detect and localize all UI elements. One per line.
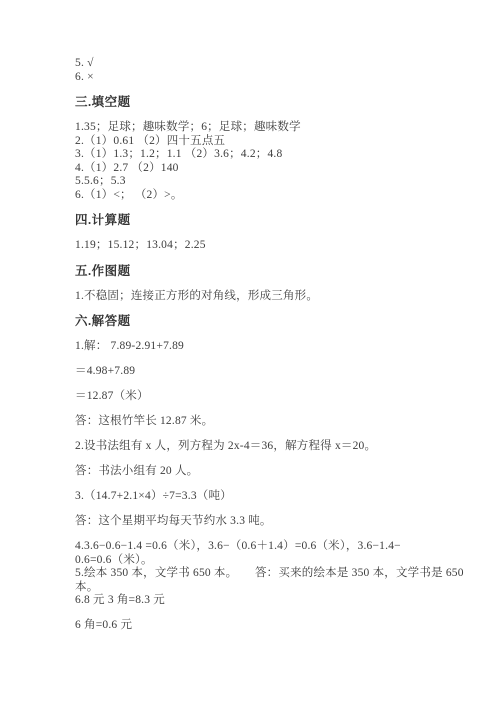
answer-line: 4.（1）2.7 （2）140 bbox=[75, 162, 435, 176]
heading-section-6: 六.解答题 bbox=[75, 314, 435, 328]
answer-line: 4.3.6−0.6−1.4 =0.6（米），3.6−（0.6＋1.4）=0.6（… bbox=[75, 540, 435, 554]
answer-line: 3.（1）1.3；1.2；1.1 （2）3.6；4.2；4.8 bbox=[75, 148, 435, 162]
answer-line: 6 角=0.6 元 bbox=[75, 619, 435, 633]
answer-line: 6.（1）<； （2）>。 bbox=[75, 189, 435, 203]
heading-section-4: 四.计算题 bbox=[75, 213, 435, 227]
answer-line: 1.解： 7.89-2.91+7.89 bbox=[75, 340, 435, 354]
answer-line: 3.（14.7+2.1×4）÷7=3.3（吨） bbox=[75, 490, 435, 504]
word-problem-answer-6-cont: 6 角=0.6 元 bbox=[75, 619, 435, 633]
answer-line: 答：书法小组有 20 人。 bbox=[75, 465, 435, 479]
answer-line: 5.5.6；5.3 bbox=[75, 175, 435, 189]
heading-section-5: 五.作图题 bbox=[75, 264, 435, 278]
drawing-answers: 1.不稳固；连接正方形的对角线，形成三角形。 bbox=[75, 290, 435, 304]
answer-line: 答：这根竹竿长 12.87 米。 bbox=[75, 415, 435, 429]
judgement-answers-tail: 5. √6. × bbox=[75, 57, 435, 84]
answer-line: 0.6=0.6（米）。 bbox=[75, 554, 435, 568]
answer-line: 6. × bbox=[75, 71, 435, 85]
answer-line: 6.8 元 3 角=8.3 元 bbox=[75, 594, 435, 608]
document-page: 5. √6. ×三.填空题1.35；足球；趣味数学；6；足球；趣味数学2.（1）… bbox=[0, 0, 500, 707]
fill-in-blank-answers: 1.35；足球；趣味数学；6；足球；趣味数学2.（1）0.61 （2）四十五点五… bbox=[75, 121, 435, 202]
calculation-answers: 1.19；15.12；13.04；2.25 bbox=[75, 239, 435, 253]
heading-section-3: 三.填空题 bbox=[75, 95, 435, 109]
answer-line: 1.19；15.12；13.04；2.25 bbox=[75, 239, 435, 253]
answer-line: 1.不稳固；连接正方形的对角线，形成三角形。 bbox=[75, 290, 435, 304]
answer-line: 5. √ bbox=[75, 57, 435, 71]
answer-line: 5.绘本 350 本，文学书 650 本。 答：买来的绘本是 350 本，文学书… bbox=[75, 567, 435, 581]
answer-line: 2.设书法组有 x 人，列方程为 2x-4＝36，解方程得 x＝20。 bbox=[75, 440, 435, 454]
word-problem-answers-1-3: 1.解： 7.89-2.91+7.89＝4.98+7.89＝12.87（米）答：… bbox=[75, 340, 435, 529]
answer-line: 答：这个星期平均每天节约水 3.3 吨。 bbox=[75, 515, 435, 529]
answer-line: 2.（1）0.61 （2）四十五点五 bbox=[75, 135, 435, 149]
answer-line: ＝4.98+7.89 bbox=[75, 365, 435, 379]
document-content: 5. √6. ×三.填空题1.35；足球；趣味数学；6；足球；趣味数学2.（1）… bbox=[75, 57, 435, 644]
word-problem-answers-4-6: 4.3.6−0.6−1.4 =0.6（米），3.6−（0.6＋1.4）=0.6（… bbox=[75, 540, 435, 608]
answer-line: 1.35；足球；趣味数学；6；足球；趣味数学 bbox=[75, 121, 435, 135]
answer-line: ＝12.87（米） bbox=[75, 390, 435, 404]
answer-line: 本。 bbox=[75, 581, 435, 595]
